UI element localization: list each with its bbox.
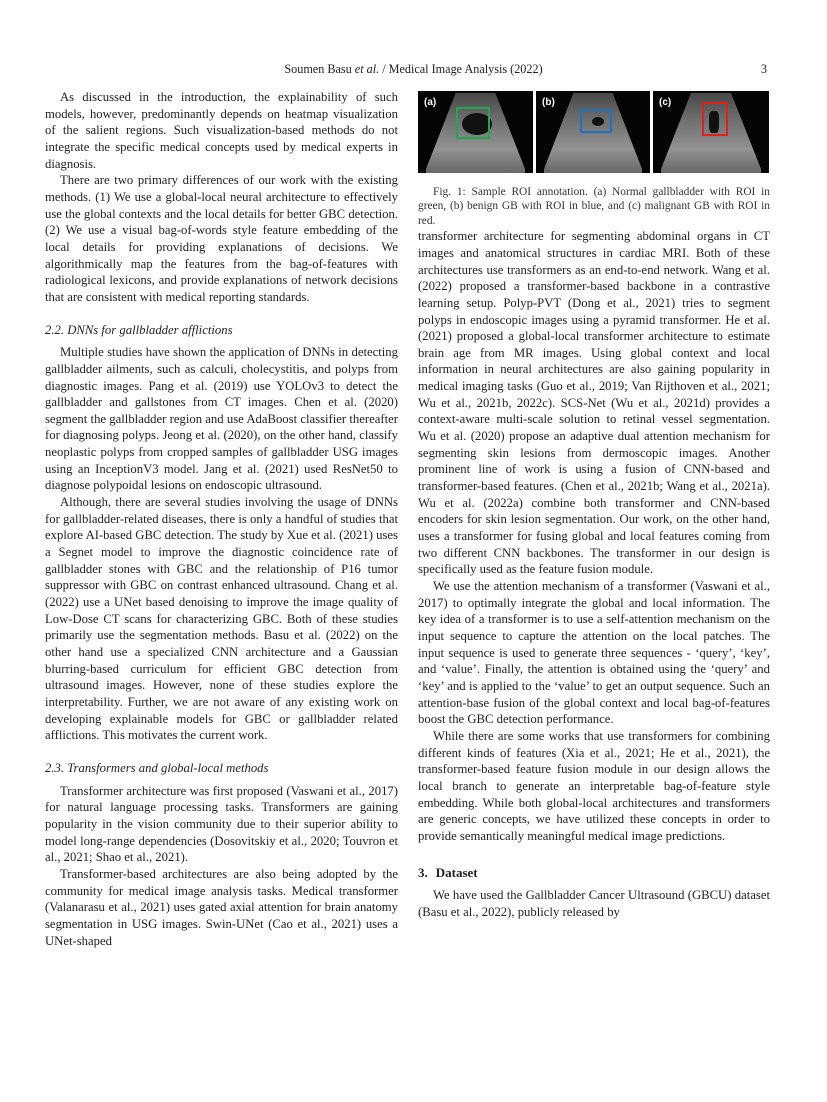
continuation-paragraph: transformer architecture for segmenting … [418,228,770,578]
roi-box-red [702,102,728,136]
section-3-title: Dataset [436,865,478,880]
header-separator: / [379,62,388,76]
section-2-2-paragraph-2: Although, there are several studies invo… [45,494,398,744]
section-3-heading: 3.Dataset [418,865,770,882]
roi-box-blue [580,109,612,133]
section-2-2-heading: 2.2. DNNs for gallbladder afflictions [45,322,398,339]
figure-panel-a: (a) [418,91,533,173]
page-number: 3 [761,62,767,77]
figure-1: (a) (b) (c) [418,91,770,175]
transformer-fusion-paragraph: While there are some works that use tran… [418,728,770,845]
panel-label-a: (a) [424,95,436,112]
section-3-number: 3. [418,865,428,880]
figure-panel-c: (c) [653,91,769,173]
section-2-3-paragraph-1: Transformer architecture was first propo… [45,783,398,866]
running-header: Soumen Basu et al. / Medical Image Analy… [0,62,827,78]
figure-1-caption: Fig. 1: Sample ROI annotation. (a) Norma… [418,185,770,228]
panel-label-b: (b) [542,95,555,112]
section-3-paragraph-1: We have used the Gallbladder Cancer Ultr… [418,887,770,920]
intro-paragraph-2: There are two primary differences of our… [45,172,398,305]
attention-paragraph: We use the attention mechanism of a tran… [418,578,770,728]
panel-label-c: (c) [659,95,671,112]
header-journal: Medical Image Analysis (2022) [389,62,543,76]
ultrasound-image [544,93,642,173]
section-2-3-paragraph-2: Transformer-based architectures are also… [45,866,398,949]
left-column: As discussed in the introduction, the ex… [45,89,398,949]
running-title: Soumen Basu et al. / Medical Image Analy… [0,62,827,77]
section-2-2-paragraph-1: Multiple studies have shown the applicat… [45,344,398,494]
section-2-3-heading: 2.3. Transformers and global-local metho… [45,760,398,777]
roi-box-green [456,107,490,139]
header-authors: Soumen Basu [284,62,351,76]
intro-paragraph-1: As discussed in the introduction, the ex… [45,89,398,172]
right-column: (a) (b) (c) Fig. 1: Sample ROI annotatio… [418,89,770,920]
header-et-al: et al. [355,62,379,76]
figure-panel-b: (b) [536,91,650,173]
